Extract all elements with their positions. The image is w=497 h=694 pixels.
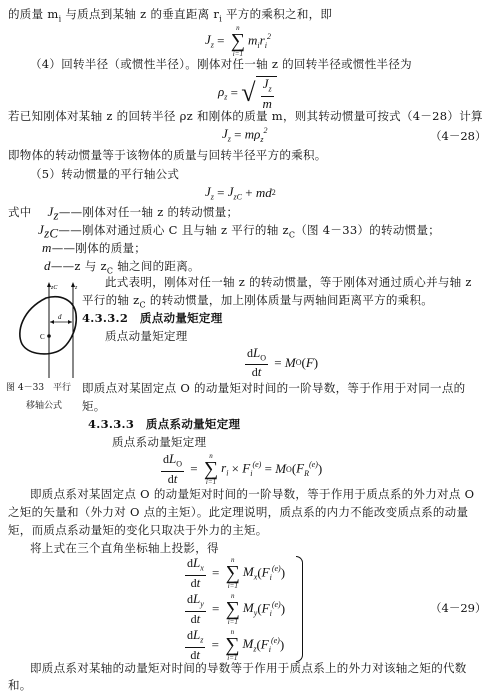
svg-text:d: d xyxy=(58,313,62,321)
equation-number: （4－28） xyxy=(430,128,486,144)
text-line: 将上式在三个直角坐标轴上投影，得 xyxy=(30,540,219,556)
parallel-axis-diagram-icon: zC z d C xyxy=(6,280,86,380)
text-line: 即质点系对某固定点 O 的动量矩对时间的一阶导数，等于作用于质点系的外力对点 O xyxy=(30,486,474,502)
formula-radius-of-gyration: ρz = √Jzm xyxy=(218,76,277,110)
section-heading: 4.3.3.3 质点系动量矩定理 xyxy=(88,416,240,432)
equation-number: （4－29） xyxy=(430,600,486,616)
svg-text:z: z xyxy=(74,285,78,291)
figure-parallel-axis: zC z d C xyxy=(6,280,86,380)
formula-parallel-axis: Jz = JzC + md2 xyxy=(205,184,276,202)
text-line: 若已知刚体对某轴 z 的回转半径 ρz 和刚体的质量 m，则其转动惯量可按式（4… xyxy=(8,108,483,124)
figure-caption: 移轴公式 xyxy=(26,398,62,411)
text-line: 的质量 mi 与质点到某轴 z 的垂直距离 ri 平方的乘积之和，即 xyxy=(8,6,332,27)
formula-moment-of-inertia: Jz = n∑i=1 miri2 xyxy=(205,24,271,58)
right-brace xyxy=(296,556,303,662)
svg-text:zC: zC xyxy=(50,285,58,291)
text-line: 和。 xyxy=(8,677,32,693)
text-line: 矩。 xyxy=(82,398,106,414)
formula-projection-x: dLxdt = n∑i=1 Mx(Fi(e)) xyxy=(182,556,285,590)
formula-projection-y: dLydt = n∑i=1 My(Fi(e)) xyxy=(182,592,285,626)
text-line: 即物体的转动惯量等于该物体的质量与回转半径平方的乘积。 xyxy=(8,147,327,163)
text-line: 之矩的矢量和（外力对 O 点的主矩）。此定理说明，质点系的内力不能改变质点系的动… xyxy=(8,504,468,520)
formula-angular-momentum-point: dLOdt = MO(F) xyxy=(242,346,318,379)
text-line: 此式表明，刚体对任一轴 z 的转动惯量，等于刚体对通过质心并与轴 z xyxy=(105,274,472,290)
text-line: 质点系动量矩定理 xyxy=(112,434,206,450)
formula-moment-from-gyration: Jz = mρz2 xyxy=(222,126,268,144)
text-line: （4）回转半径（或惯性半径）。刚体对任一轴 z 的回转半径或惯性半径为 xyxy=(30,56,412,72)
text-line: （5）转动惯量的平行轴公式 xyxy=(30,166,179,182)
section-heading: 4.3.3.2 质点动量矩定理 xyxy=(82,310,223,326)
svg-text:C: C xyxy=(40,333,45,341)
definition-jz: 式中 Jz——刚体对任一轴 z 的转动惯量； xyxy=(8,204,238,223)
text-line: 即质点对某固定点 O 的动量矩对时间的一阶导数，等于作用于对同一点的 xyxy=(82,380,465,396)
text-line: 质点动量矩定理 xyxy=(105,328,188,344)
text-line: 即质点系对某轴的动量矩对时间的导数等于作用于质点系上的外力对该轴之矩的代数 xyxy=(30,660,467,676)
figure-caption: 图 4－33 平行 xyxy=(6,380,71,393)
text-line: 矩，而质点系动量矩的变化只取决于外力的主矩。 xyxy=(8,522,268,538)
formula-angular-momentum-system: dLOdt = n∑i=1 ri × Fi(e) = MO(FR(e)) xyxy=(158,452,322,486)
formula-projection-z: dLzdt = n∑i=1 Mz(Fi(e)) xyxy=(182,628,284,662)
definition-m: m——刚体的质量； xyxy=(42,240,146,256)
